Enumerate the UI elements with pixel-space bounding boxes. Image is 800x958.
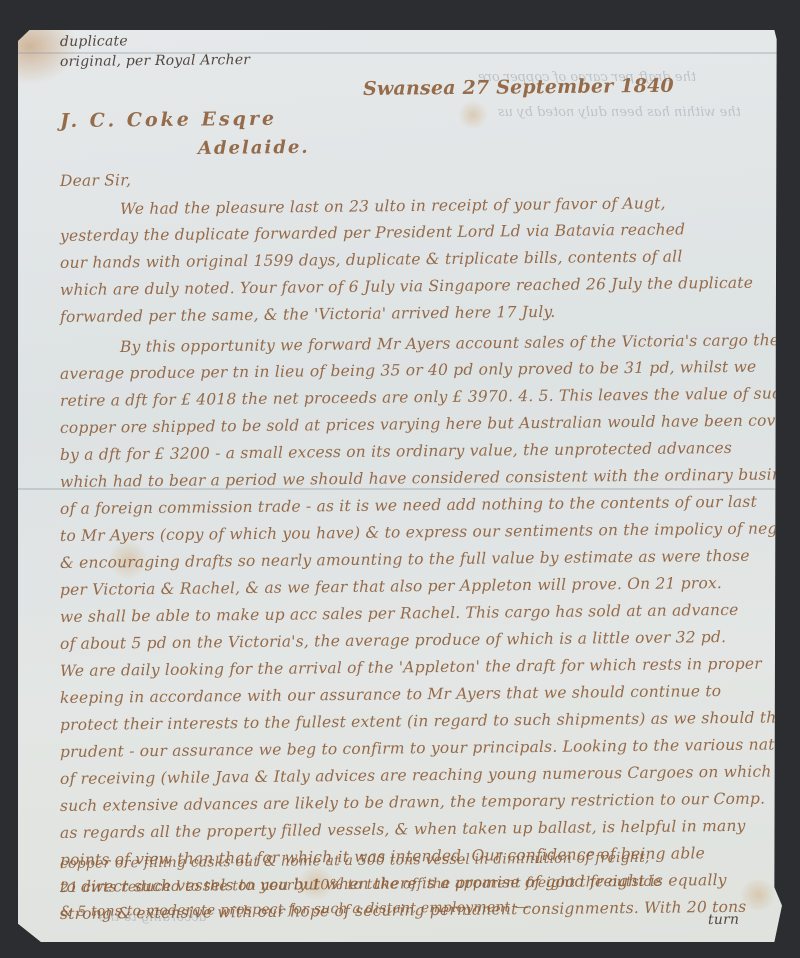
body-line: protect their interests to the fullest e…: [60, 708, 800, 734]
body-line: copper ore shipped to be sold at prices …: [60, 411, 800, 437]
body-line: forwarded per the same, & the 'Victoria'…: [60, 303, 556, 326]
body-line: of a foreign commission trade - as it is…: [60, 493, 757, 518]
paper-stain: [458, 100, 488, 130]
body-line: retire a dft for £ 4018 the net proceeds…: [60, 384, 791, 410]
letter-page: the draft per cargo of copper ore the wi…: [18, 30, 782, 942]
body-line: to Mr Ayers (copy of which you have) & t…: [60, 519, 800, 545]
body-line: of about 5 pd on the Victoria's, the ave…: [60, 628, 726, 653]
body-line: We had the pleasure last on 23 ulto in r…: [120, 194, 666, 218]
bleed-through-text: the within has been duly noted by us: [498, 105, 741, 120]
body-line: By this opportunity we forward Mr Ayers …: [120, 331, 779, 356]
body-line: keeping in accordance with our assurance…: [60, 682, 721, 707]
body-line: which are duly noted. Your favor of 6 Ju…: [60, 274, 753, 299]
body-line: by a dft for £ 3200 - a small excess on …: [60, 439, 732, 464]
body-line: average produce per tn in lieu of being …: [60, 358, 757, 383]
body-line: our hands with original 1599 days, dupli…: [60, 247, 683, 272]
body-line: We are daily looking for the arrival of …: [60, 655, 762, 680]
body-line: we shall be able to make up acc sales pe…: [60, 601, 739, 626]
body-line: yesterday the duplicate forwarded per Pr…: [60, 220, 685, 245]
annotation-original: original, per Royal Archer: [60, 52, 250, 70]
body-line: of receiving (while Java & Italy advices…: [60, 763, 772, 788]
destination: Adelaide.: [198, 137, 310, 159]
body-line: such extensive advances are likely to be…: [60, 790, 765, 815]
body-line: & encouraging drafts so nearly amounting…: [60, 547, 750, 572]
body-line: as regards all the property filled vesse…: [60, 817, 746, 842]
turn-over-note: turn: [708, 912, 739, 928]
body-line: prudent - our assurance we beg to confir…: [60, 735, 800, 761]
addressee: J. C. Coke Esqre: [60, 108, 277, 132]
place-date: Swansea 27 September 1840: [363, 75, 674, 100]
salutation: Dear Sir,: [60, 171, 131, 190]
body-line: per Victoria & Rachel, & as we fear that…: [60, 574, 722, 599]
annotation-duplicate: duplicate: [60, 33, 128, 50]
